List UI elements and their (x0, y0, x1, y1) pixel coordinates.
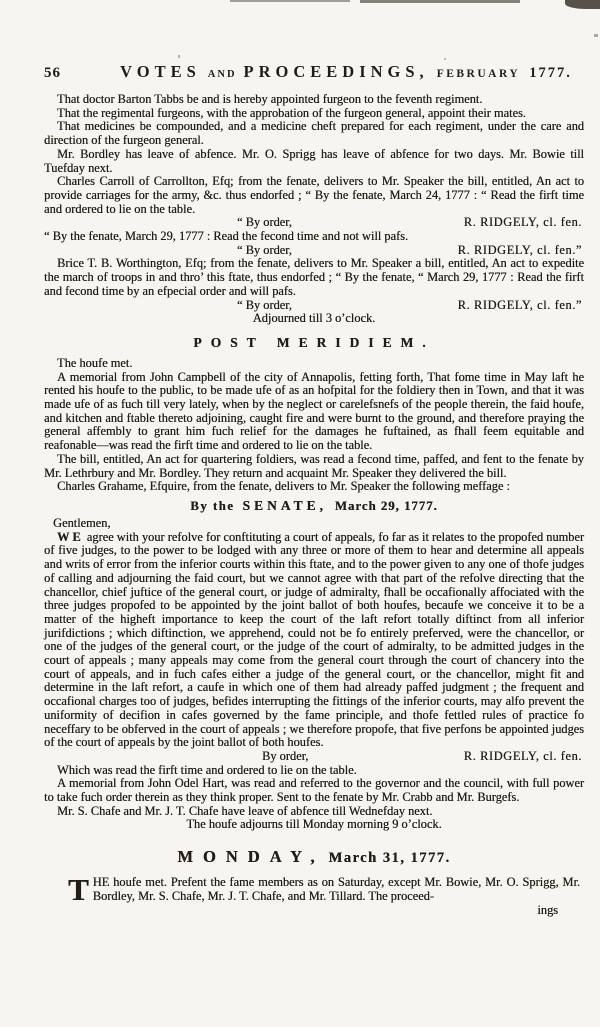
clerk-signature: R. RIDGELY, cl. fen.” (458, 244, 584, 258)
page-number: 56 (44, 65, 108, 82)
scan-edge-artifact (360, 0, 520, 3)
paragraph-carroll-bill: Charles Carroll of Carrollton, Efq; from… (44, 175, 584, 216)
paragraph-tabbs-appointment: That doctor Barton Tabbs be and is hereb… (44, 93, 584, 107)
post-meridiem-heading: POST MERIDIEM. (44, 335, 584, 351)
senate-heading-name: SENATE, (242, 498, 326, 513)
title-year: 1777. (529, 65, 572, 81)
by-order-row: By order, R. RIDGELY, cl. fen. (44, 750, 584, 764)
monday-opening-text: HE houfe met. Prefent the fame members a… (93, 875, 580, 903)
monday-heading: MONDAY, March 31, 1777. (44, 847, 584, 867)
running-header: 56 VOTES AND PROCEEDINGS, FEBRUARY 1777. (44, 62, 584, 82)
title-and: AND (208, 69, 237, 80)
salutation-gentlemen: Gentlemen, (44, 517, 584, 531)
monday-heading-day: MONDAY, (177, 847, 324, 866)
catchword: ings (44, 904, 584, 918)
message-body: agree with your refolve for conftituting… (44, 530, 584, 750)
by-order-label: “ By order, (237, 299, 292, 313)
clerk-signature: R. RIDGELY, cl. fen. (464, 750, 584, 764)
scan-speck (444, 58, 446, 60)
clerk-signature: R. RIDGELY, cl. fen.” (458, 299, 584, 313)
paragraph-quartering-bill: The bill, entitled, An act for quarterin… (44, 453, 584, 480)
drop-cap-initial: T (68, 877, 89, 902)
by-order-row: “ By order, R. RIDGELY, cl. fen.” (44, 299, 584, 313)
paragraph-regimental-surgeons: That the regimental furgeons, with the a… (44, 107, 584, 121)
title-proceedings: PROCEEDINGS, (244, 62, 429, 81)
scan-edge-artifact (230, 0, 350, 2)
scan-corner-artifact (565, 0, 600, 9)
title-month: FEBRUARY (437, 68, 521, 80)
clerk-signature: R. RIDGELY, cl. fen. (464, 216, 584, 230)
paragraph-senate-message: WE agree with your refolve for conftitut… (44, 531, 584, 750)
adjourned-line: Adjourned till 3 o’clock. (44, 312, 584, 326)
paragraph-grahame-message: Charles Grahame, Efquire, from the fenat… (44, 480, 584, 494)
senate-heading-prefix: By the (190, 499, 234, 513)
senate-heading: By the SENATE, March 29, 1777. (44, 497, 584, 515)
paragraph-which-read: Which was read the firft time and ordere… (44, 764, 584, 778)
paragraph-leave-of-absence: Mr. Bordley has leave of abfence. Mr. O.… (44, 148, 584, 175)
paragraph-second-reading: “ By the fenate, March 29, 1777 : Read t… (44, 230, 584, 244)
paragraph-medicines: That medicines be compounded, and a medi… (44, 120, 584, 147)
page-title: VOTES AND PROCEEDINGS, FEBRUARY 1777. (108, 62, 584, 82)
scan-speck (594, 34, 598, 37)
message-lead-caps: WE (57, 530, 84, 544)
paragraph-campbell-memorial: A memorial from John Campbell of the cit… (44, 371, 584, 453)
house-adjourns-line: The houfe adjourns till Monday morning 9… (44, 818, 584, 832)
title-votes: VOTES (120, 62, 201, 81)
by-order-label: “ By order, (237, 216, 292, 230)
page-content: 56 VOTES AND PROCEEDINGS, FEBRUARY 1777.… (44, 62, 584, 917)
paragraph-house-met: The houfe met. (44, 357, 584, 371)
by-order-row: “ By order, R. RIDGELY, cl. fen.” (44, 244, 584, 258)
by-order-label: By order, (262, 750, 308, 764)
scanned-document-page: 56 VOTES AND PROCEEDINGS, FEBRUARY 1777.… (0, 0, 600, 1027)
paragraph-monday-opening: THE houfe met. Prefent the fame members … (68, 876, 580, 903)
by-order-row: “ By order, R. RIDGELY, cl. fen. (44, 216, 584, 230)
paragraph-chase-leave: Mr. S. Chafe and Mr. J. T. Chafe have le… (44, 805, 584, 819)
paragraph-hart-memorial: A memorial from John Odel Hart, was read… (44, 777, 584, 804)
paragraph-worthington-bill: Brice T. B. Worthington, Efq; from the f… (44, 257, 584, 298)
monday-heading-date: March 31, 1777. (329, 850, 451, 866)
scan-speck (178, 55, 180, 58)
senate-heading-date: March 29, 1777. (335, 499, 438, 513)
by-order-label: “ By order, (237, 244, 292, 258)
